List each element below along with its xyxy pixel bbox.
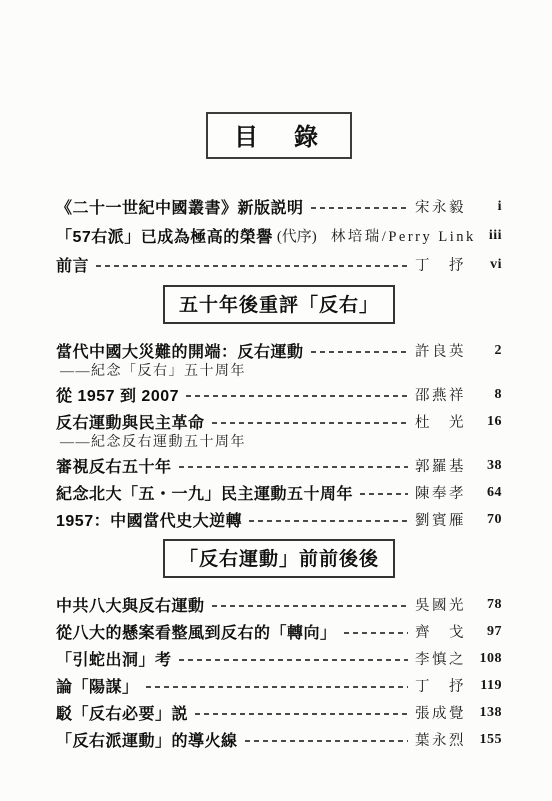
- leader-line: [195, 713, 408, 715]
- entry-author: 吳國光: [415, 594, 466, 615]
- toc-entry: 反右運動與民主革命杜 光16——紀念反右運動五十周年: [56, 408, 502, 452]
- front-matter-list: 《二十一世紀中國叢書》新版説明宋永毅i「57右派」已成為極高的榮譽(代序)林培瑞…: [56, 192, 502, 279]
- toc-entry-row: 論「陽謀」丁 抒119: [56, 672, 502, 699]
- entry-title: 「引蛇出洞」考: [56, 647, 172, 670]
- toc-entry: 從 1957 到 2007邵燕祥8: [56, 381, 502, 408]
- entry-author: 杜 光: [415, 411, 466, 432]
- toc-entry: 中共八大與反右運動吳國光78: [56, 591, 502, 618]
- page-title: 目 錄: [234, 125, 324, 151]
- leader-line: [249, 520, 408, 522]
- toc-entry-row: 1957：中國當代史大逆轉劉賓雁70: [56, 506, 502, 533]
- entry-author: 陳奉孝: [415, 482, 466, 503]
- entry-title: 從 1957 到 2007: [56, 383, 179, 406]
- entry-page-number: 38: [466, 458, 502, 474]
- entry-author: 丁 抒: [415, 254, 466, 275]
- toc-entry-row: 《二十一世紀中國叢書》新版説明宋永毅i: [56, 192, 502, 221]
- toc-entry-row: 從八大的懸案看整風到反右的「轉向」齊 戈97: [56, 618, 502, 645]
- leader-line: [311, 207, 408, 209]
- page-title-box: 目 錄: [206, 112, 352, 159]
- section-heading-box: 「反右運動」前前後後: [163, 539, 395, 578]
- toc-entry: 前言丁 抒vi: [56, 250, 502, 279]
- entry-author: 劉賓雁: [415, 509, 466, 530]
- entry-author: 林培瑞/Perry Link: [331, 225, 476, 246]
- sections-container: 五十年後重評「反右」當代中國大災難的開端：反右運動許良英2——紀念「反右」五十周…: [56, 285, 502, 753]
- toc-entry: 「57右派」已成為極高的榮譽(代序)林培瑞/Perry Linkiii: [56, 221, 502, 250]
- entry-author: 邵燕祥: [415, 384, 466, 405]
- entry-title: 審視反右五十年: [56, 454, 172, 477]
- entry-page-number: 108: [466, 651, 502, 667]
- entry-title: 中共八大與反右運動: [56, 593, 205, 616]
- entry-page-number: 8: [466, 387, 502, 403]
- toc-entry-row: 從 1957 到 2007邵燕祥8: [56, 381, 502, 408]
- toc-entry: 紀念北大「五・一九」民主運動五十周年陳奉孝64: [56, 479, 502, 506]
- entry-author: 齊 戈: [415, 621, 466, 642]
- leader-line: [344, 632, 408, 634]
- entry-title-suffix: (代序): [277, 225, 317, 246]
- entry-page-number: 119: [466, 678, 502, 694]
- leader-line: [360, 493, 408, 495]
- leader-line: [146, 686, 408, 688]
- entry-title: 當代中國大災難的開端：反右運動: [56, 339, 304, 362]
- toc-entry-row: 「引蛇出洞」考李慎之108: [56, 645, 502, 672]
- entry-page-number: 64: [466, 485, 502, 501]
- entry-title: 前言: [56, 253, 89, 276]
- toc-entry-row: 「57右派」已成為極高的榮譽(代序)林培瑞/Perry Linkiii: [56, 221, 502, 250]
- toc-entry: 從八大的懸案看整風到反右的「轉向」齊 戈97: [56, 618, 502, 645]
- toc-entry-row: 反右運動與民主革命杜 光16: [56, 408, 502, 435]
- toc-entry: 《二十一世紀中國叢書》新版説明宋永毅i: [56, 192, 502, 221]
- entry-page-number: 16: [466, 414, 502, 430]
- toc-page: 目 錄 《二十一世紀中國叢書》新版説明宋永毅i「57右派」已成為極高的榮譽(代序…: [0, 0, 552, 801]
- toc-entry: 當代中國大災難的開端：反右運動許良英2——紀念「反右」五十周年: [56, 337, 502, 381]
- entry-author: 張成覺: [415, 702, 466, 723]
- section-entry-list: 當代中國大災難的開端：反右運動許良英2——紀念「反右」五十周年從 1957 到 …: [56, 337, 502, 533]
- entry-page-number: iii: [476, 228, 502, 244]
- section-heading: 「反右運動」前前後後: [179, 549, 379, 570]
- entry-title: 紀念北大「五・一九」民主運動五十周年: [56, 481, 353, 504]
- toc-entry: 審視反右五十年郭羅基38: [56, 452, 502, 479]
- toc-entry: 「引蛇出洞」考李慎之108: [56, 645, 502, 672]
- entry-author: 李慎之: [415, 648, 466, 669]
- entry-title: 駁「反右必要」説: [56, 701, 188, 724]
- entry-title: 論「陽謀」: [56, 674, 139, 697]
- entry-page-number: 155: [466, 732, 502, 748]
- leader-line: [96, 265, 408, 267]
- leader-line: [179, 659, 408, 661]
- entry-page-number: 138: [466, 705, 502, 721]
- entry-author: 葉永烈: [415, 729, 466, 750]
- entry-author: 丁 抒: [415, 675, 466, 696]
- toc-entry: 論「陽謀」丁 抒119: [56, 672, 502, 699]
- leader-line: [311, 351, 408, 353]
- toc-entry-row: 當代中國大災難的開端：反右運動許良英2: [56, 337, 502, 364]
- entry-title: 1957：中國當代史大逆轉: [56, 508, 242, 531]
- leader-line: [186, 395, 408, 397]
- section-heading: 五十年後重評「反右」: [179, 295, 379, 316]
- toc-entry-row: 「反右派運動」的導火線葉永烈155: [56, 726, 502, 753]
- entry-author: 郭羅基: [415, 455, 466, 476]
- toc-entry-row: 駁「反右必要」説張成覺138: [56, 699, 502, 726]
- entry-author: 宋永毅: [415, 196, 466, 217]
- entry-subtitle: ——紀念反右運動五十周年: [56, 435, 502, 452]
- entry-page-number: 78: [466, 597, 502, 613]
- leader-line: [212, 605, 408, 607]
- toc-entry-row: 前言丁 抒vi: [56, 250, 502, 279]
- entry-page-number: vi: [466, 257, 502, 273]
- section-heading-box: 五十年後重評「反右」: [163, 285, 395, 324]
- entry-title: 《二十一世紀中國叢書》新版説明: [56, 195, 304, 218]
- toc-entry-row: 中共八大與反右運動吳國光78: [56, 591, 502, 618]
- section-entry-list: 中共八大與反右運動吳國光78從八大的懸案看整風到反右的「轉向」齊 戈97「引蛇出…: [56, 591, 502, 753]
- entry-title: 「反右派運動」的導火線: [56, 728, 238, 751]
- toc-entry-row: 紀念北大「五・一九」民主運動五十周年陳奉孝64: [56, 479, 502, 506]
- toc-entry: 「反右派運動」的導火線葉永烈155: [56, 726, 502, 753]
- toc-entry: 1957：中國當代史大逆轉劉賓雁70: [56, 506, 502, 533]
- toc-entry-row: 審視反右五十年郭羅基38: [56, 452, 502, 479]
- entry-subtitle: ——紀念「反右」五十周年: [56, 364, 502, 381]
- leader-line: [179, 466, 408, 468]
- entry-page-number: 2: [466, 343, 502, 359]
- leader-line: [245, 740, 408, 742]
- entry-page-number: 70: [466, 512, 502, 528]
- entry-author: 許良英: [415, 340, 466, 361]
- toc-entry: 駁「反右必要」説張成覺138: [56, 699, 502, 726]
- entry-page-number: i: [466, 199, 502, 215]
- entry-title: 「57右派」已成為極高的榮譽: [56, 224, 273, 247]
- entry-page-number: 97: [466, 624, 502, 640]
- entry-title: 反右運動與民主革命: [56, 410, 205, 433]
- entry-title: 從八大的懸案看整風到反右的「轉向」: [56, 620, 337, 643]
- leader-line: [212, 422, 408, 424]
